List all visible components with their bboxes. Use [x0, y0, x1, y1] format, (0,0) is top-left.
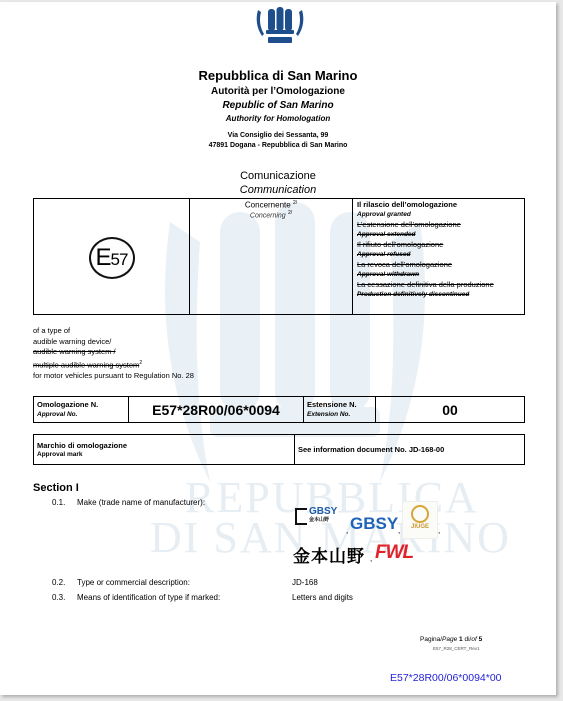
approval-option-en: Approval withdrawn [357, 270, 520, 280]
approval-no-label-en: Approval No. [37, 411, 77, 418]
type-line5: for motor vehicles pursuant to Regulatio… [33, 371, 194, 382]
approval-option-en: Approval granted [357, 210, 520, 220]
page-number: Pagina/Page 1 di/of 5 [420, 636, 482, 643]
approval-option-it: La cessazione definitiva della produzion… [357, 280, 520, 290]
approval-option-en: Approval extended [357, 230, 520, 240]
approval-mark-cell: E57 [34, 199, 190, 315]
page-label-en: Page [442, 636, 457, 643]
brand-separator: , [438, 526, 440, 535]
jiuge-text: JIUGE [403, 524, 437, 530]
device-type-description: of a type of audible warning device/ aud… [33, 326, 194, 381]
approval-option-it: La revoca dell’omologazione [357, 260, 520, 270]
brand-gbsy-text: GBSY [350, 514, 398, 534]
extension-label-it: Estensione N. [307, 400, 372, 409]
item-num-0-1: 0.1. [52, 498, 65, 507]
item-label-type: Type or commercial description: [77, 578, 190, 587]
document-code: E57_R28_CERT_Rev1 [433, 646, 479, 651]
approval-mark-table: Marchio di omologazione Approval mark Se… [33, 434, 525, 465]
approval-options-cell: Il rilascio dell’omologazioneApproval gr… [353, 199, 525, 315]
page-current: 1 [459, 636, 463, 643]
brand-logo-gbsy-boxed: GBSY金本山野 [295, 507, 337, 525]
approval-option-it: Il rilascio dell’omologazione [357, 200, 520, 210]
approval-no-label-it: Omologazione N. [37, 400, 125, 409]
item-value-identification: Letters and digits [292, 593, 353, 602]
communication-title-en: Communication [0, 184, 556, 196]
approval-type-table: E57 Concernente 2/ Concerning 2/ Il rila… [33, 198, 525, 315]
document-page: REPUBBLICA DI SAN MARINO Repubblica di S… [0, 2, 556, 695]
type-line4-sup: 2 [139, 360, 142, 366]
e57-mark-icon: E57 [89, 237, 135, 279]
approval-reference: E57*28R00/06*0094*00 [390, 672, 502, 684]
address-line1: Via Consiglio dei Sessanta, 99 [0, 132, 556, 139]
approval-option-it: Il rifiuto dell’omologazione [357, 240, 520, 250]
footnote-ref: 2/ [288, 210, 292, 216]
concerning-it: Concernente [245, 201, 291, 210]
jiuge-emblem-icon [411, 505, 429, 523]
footnote-ref: 2/ [293, 200, 297, 206]
item-label-identification: Means of identification of type if marke… [77, 593, 220, 602]
communication-title-it: Comunicazione [0, 170, 556, 182]
authority-title-en: Authority for Homologation [0, 114, 556, 123]
item-num-0-2: 0.2. [52, 578, 65, 587]
approval-mark-label-it: Marchio di omologazione [37, 441, 291, 450]
item-num-0-3: 0.3. [52, 593, 65, 602]
item-value-type: JD-168 [292, 578, 318, 587]
brand-chinese-name: 金本山野 [293, 542, 365, 567]
republic-title-it: Repubblica di San Marino [0, 68, 556, 83]
type-line1: of a type of [33, 326, 194, 337]
approval-option-en: Approval refused [357, 250, 520, 260]
approval-option-en: Production definitively discontinued [357, 290, 520, 300]
extension-label-en: Extension No. [307, 411, 350, 418]
san-marino-crest-icon [254, 4, 306, 46]
page-total: 5 [479, 636, 483, 643]
section-title: Section I [33, 482, 79, 494]
approval-number-value: E57*28R00/06*0094 [129, 397, 304, 423]
brand-separator: , [346, 526, 348, 535]
brand-logo-jiuge: JIUGE [402, 501, 438, 539]
brand-separator: , [398, 526, 400, 535]
republic-title-en: Republic of San Marino [0, 100, 556, 111]
approval-number-table: Omologazione N. Approval No. E57*28R00/0… [33, 396, 525, 423]
brand-separator: , [370, 554, 372, 563]
type-line4: multiple audible warning system [33, 360, 139, 369]
mark-number: 57 [111, 250, 128, 270]
authority-title-it: Autorità per l’Omologazione [0, 86, 556, 97]
concerning-en: Concerning [250, 212, 286, 219]
item-label-make: Make (trade name of manufacturer): [77, 498, 205, 507]
brand-logo-fwl: FWL [375, 542, 413, 564]
address-line2: 47891 Dogana - Repubblica di San Marino [0, 142, 556, 149]
type-line2: audible warning device/ [33, 337, 194, 348]
approval-mark-value: See information document No. JD-168-00 [295, 435, 525, 465]
mark-letter: E [96, 244, 111, 272]
gbsy-logo-sub: 金本山野 [309, 516, 337, 525]
of-label-en: of [471, 636, 476, 643]
extension-number-value: 00 [376, 397, 525, 423]
concerning-cell: Concernente 2/ Concerning 2/ [190, 199, 353, 315]
type-line3: audible warning system / [33, 347, 194, 358]
approval-mark-label-en: Approval mark [37, 450, 291, 459]
approval-option-it: L’estensione dell’omologazione [357, 220, 520, 230]
gbsy-g-icon [295, 508, 307, 525]
page-label-it: Pagina/ [420, 636, 442, 643]
